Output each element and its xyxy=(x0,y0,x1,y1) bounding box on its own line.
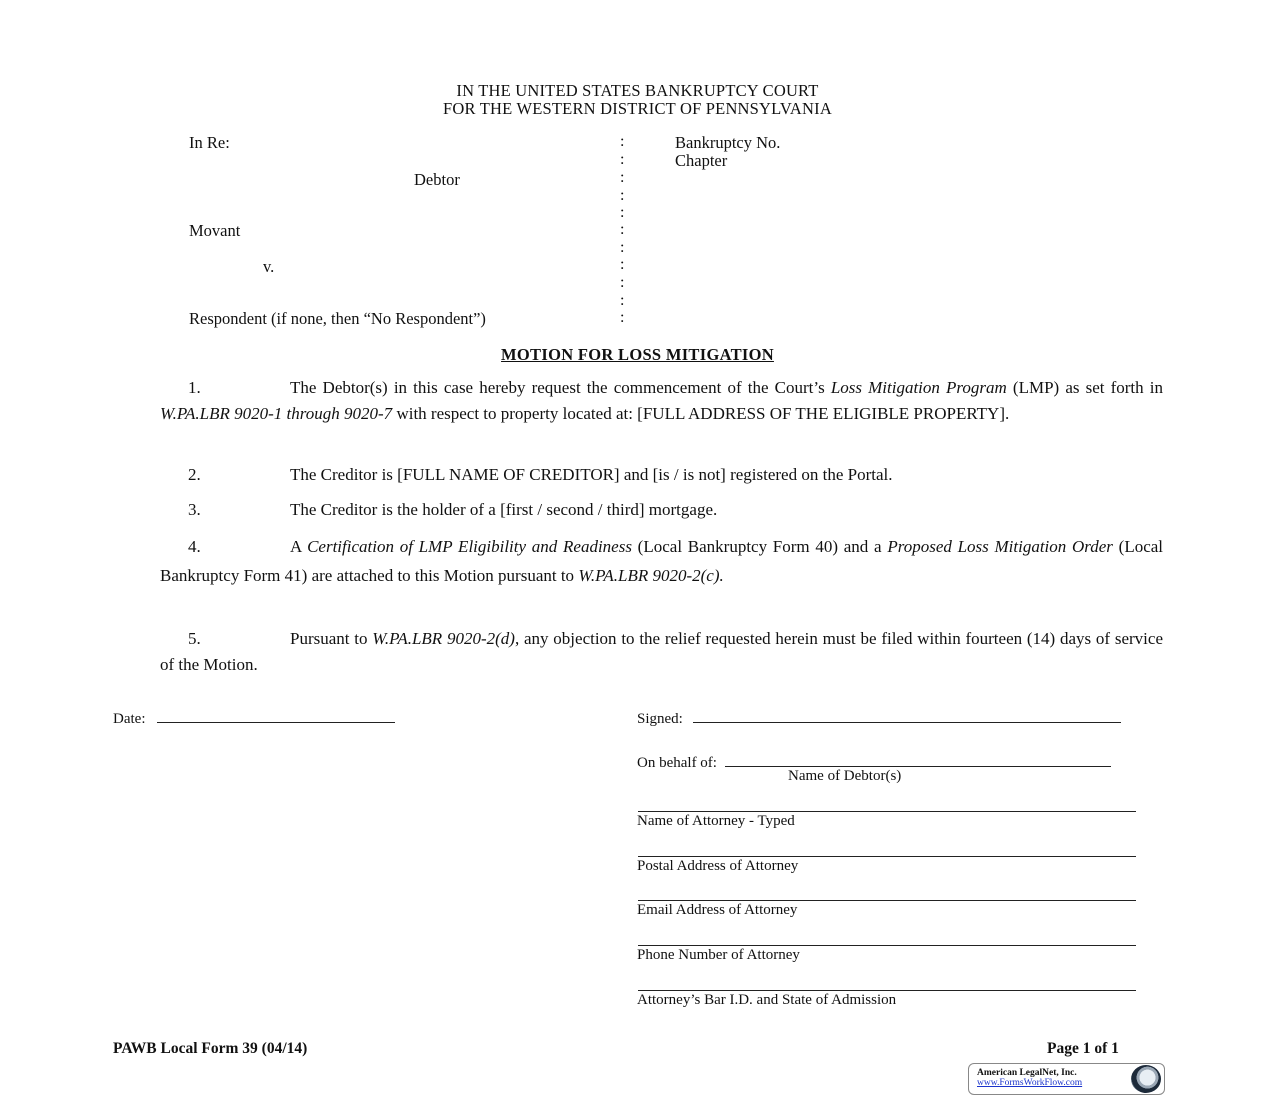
paragraph-5: 5.Pursuant to W.PA.LBR 9020-2(d), any ob… xyxy=(160,626,1163,678)
paragraph-3: 3.The Creditor is the holder of a [first… xyxy=(160,497,1163,523)
paragraph-text: Pursuant to xyxy=(290,629,372,648)
attorney-postal-caption: Postal Address of Attorney xyxy=(637,858,798,875)
debtor-label: Debtor xyxy=(414,170,460,190)
colon: : xyxy=(620,256,624,274)
paragraph-text: The Debtor(s) in this case hereby reques… xyxy=(290,378,831,397)
movant-label: Movant xyxy=(189,221,240,241)
attorney-name-caption: Name of Attorney - Typed xyxy=(637,813,795,830)
paragraph-text: (Local Bankruptcy Form 40) and a xyxy=(632,537,887,556)
attorney-phone-caption: Phone Number of Attorney xyxy=(637,947,800,964)
paragraph-4: 4.A Certification of LMP Eligibility and… xyxy=(160,532,1163,590)
court-name: IN THE UNITED STATES BANKRUPTCY COURT xyxy=(0,81,1275,101)
colon: : xyxy=(620,292,624,310)
citation-text: W.PA.LBR 9020-2(c). xyxy=(578,566,723,585)
paragraph-2: 2.The Creditor is [FULL NAME OF CREDITOR… xyxy=(160,462,1163,488)
date-blank-line[interactable] xyxy=(157,708,395,723)
citation-text: W.PA.LBR 9020-2(d) xyxy=(372,629,515,648)
paragraph-number: 3. xyxy=(160,497,290,523)
signed-field[interactable]: Signed: xyxy=(637,708,1121,728)
colon: : xyxy=(620,133,624,151)
colon: : xyxy=(620,221,624,239)
paragraph-text: The Creditor is the holder of a [first /… xyxy=(290,500,717,519)
on-behalf-of-label: On behalf of: xyxy=(637,755,717,771)
signed-label: Signed: xyxy=(637,711,683,727)
form-identifier: PAWB Local Form 39 (04/14) xyxy=(113,1040,307,1058)
attorney-email-caption: Email Address of Attorney xyxy=(637,902,797,919)
citation-text: Proposed Loss Mitigation Order xyxy=(887,537,1113,556)
attorney-postal-line[interactable] xyxy=(638,856,1136,857)
attorney-bar-id-caption: Attorney’s Bar I.D. and State of Admissi… xyxy=(637,992,896,1009)
page-number: Page 1 of 1 xyxy=(1047,1040,1119,1058)
citation-text: Certification of LMP Eligibility and Rea… xyxy=(307,537,632,556)
colon: : xyxy=(620,204,624,222)
paragraph-text: The Creditor is [FULL NAME OF CREDITOR] … xyxy=(290,465,892,484)
colon: : xyxy=(620,169,624,187)
paragraph-text: A xyxy=(290,537,307,556)
court-district: FOR THE WESTERN DISTRICT OF PENNSYLVANIA xyxy=(0,99,1275,119)
chapter-label: Chapter xyxy=(675,151,727,171)
colon: : xyxy=(620,309,624,327)
globe-logo-icon xyxy=(1131,1065,1161,1093)
paragraph-1: 1.The Debtor(s) in this case hereby requ… xyxy=(160,375,1163,427)
in-re-label: In Re: xyxy=(189,133,230,153)
citation-text: W.PA.LBR 9020-1 through 9020-7 xyxy=(160,404,392,423)
versus-label: v. xyxy=(263,257,274,277)
colon: : xyxy=(620,151,624,169)
attorney-name-line[interactable] xyxy=(638,811,1136,812)
attorney-bar-id-line[interactable] xyxy=(638,990,1136,991)
publisher-badge: American LegalNet, Inc. www.FormsWorkFlo… xyxy=(968,1063,1165,1095)
date-label: Date: xyxy=(113,711,145,727)
colon: : xyxy=(620,187,624,205)
motion-title: MOTION FOR LOSS MITIGATION xyxy=(0,345,1275,365)
attorney-email-line[interactable] xyxy=(638,900,1136,901)
bankruptcy-number-label: Bankruptcy No. xyxy=(675,133,780,153)
colon: : xyxy=(620,239,624,257)
attorney-phone-line[interactable] xyxy=(638,945,1136,946)
paragraph-text: (LMP) as set forth in xyxy=(1007,378,1163,397)
paragraph-number: 5. xyxy=(160,626,290,652)
citation-text: Loss Mitigation Program xyxy=(831,378,1007,397)
paragraph-number: 2. xyxy=(160,462,290,488)
paragraph-text: with respect to property located at: [FU… xyxy=(392,404,1009,423)
paragraph-number: 1. xyxy=(160,375,290,401)
date-field[interactable]: Date: xyxy=(113,708,395,728)
paragraph-number: 4. xyxy=(160,532,290,561)
signature-blank-line[interactable] xyxy=(693,708,1121,723)
respondent-label: Respondent (if none, then “No Respondent… xyxy=(189,309,486,329)
publisher-name: American LegalNet, Inc. xyxy=(977,1068,1077,1078)
publisher-link[interactable]: www.FormsWorkFlow.com xyxy=(977,1078,1082,1088)
debtor-name-caption: Name of Debtor(s) xyxy=(788,768,901,785)
debtor-name-blank-line[interactable] xyxy=(725,752,1111,767)
colon: : xyxy=(620,274,624,292)
